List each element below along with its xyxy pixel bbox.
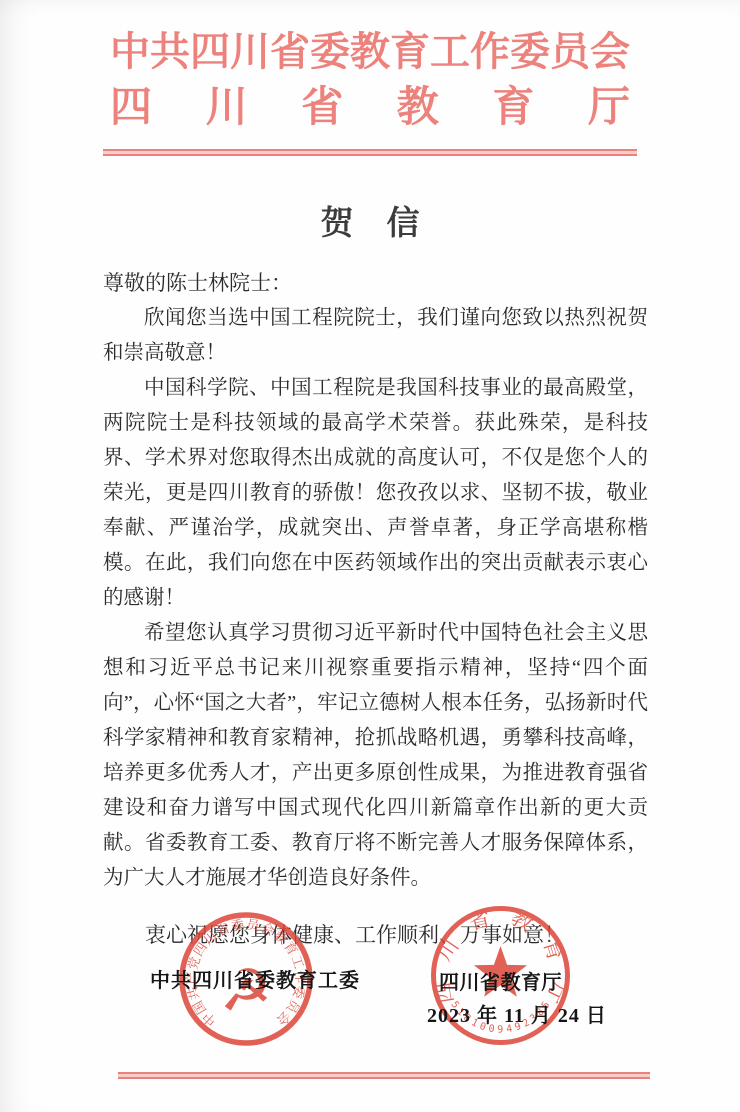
paragraph-2: 中国科学院、中国工程院是我国科技事业的最高殿堂，两院院士是科技领域的最高学术荣誉…	[103, 371, 648, 616]
footer-divider-rule	[118, 1072, 650, 1079]
org-line2-char: 教	[397, 84, 439, 132]
signature-left-org: 中共四川省委教育工委	[150, 964, 360, 993]
letterhead-divider-rule	[103, 149, 637, 156]
paragraph-1: 欣闻您当选中国工程院院士，我们谨向您致以热烈祝贺和崇高敬意！	[103, 301, 648, 371]
letter-body: 尊敬的陈士林院士： 欣闻您当选中国工程院院士，我们谨向您致以热烈祝贺和崇高敬意！…	[103, 266, 648, 953]
salutation: 尊敬的陈士林院士：	[103, 266, 648, 301]
org-line2-char: 川	[206, 84, 248, 132]
signature-date: 2023 年 11 月 24 日	[427, 999, 607, 1028]
org-line2-char: 省	[301, 84, 343, 132]
org-line2-char: 育	[492, 84, 534, 132]
letterhead-org-line2: 四 川 省 教 育 厅	[110, 84, 630, 132]
paragraph-3: 希望您认真学习贯彻习近平新时代中国特色社会主义思想和习近平总书记来川视察重要指示…	[103, 616, 648, 896]
signature-right-org: 四川省教育厅	[439, 966, 562, 995]
letterhead-org-line1: 中共四川省委教育工作委员会	[0, 26, 740, 78]
letter-title: 贺 信	[0, 202, 740, 246]
letter-page: 中共四川省委教育工作委员会 四 川 省 教 育 厅 贺 信 尊敬的陈士林院士： …	[0, 0, 740, 1112]
org-line2-char: 厅	[588, 84, 630, 132]
org-line2-char: 四	[110, 84, 152, 132]
